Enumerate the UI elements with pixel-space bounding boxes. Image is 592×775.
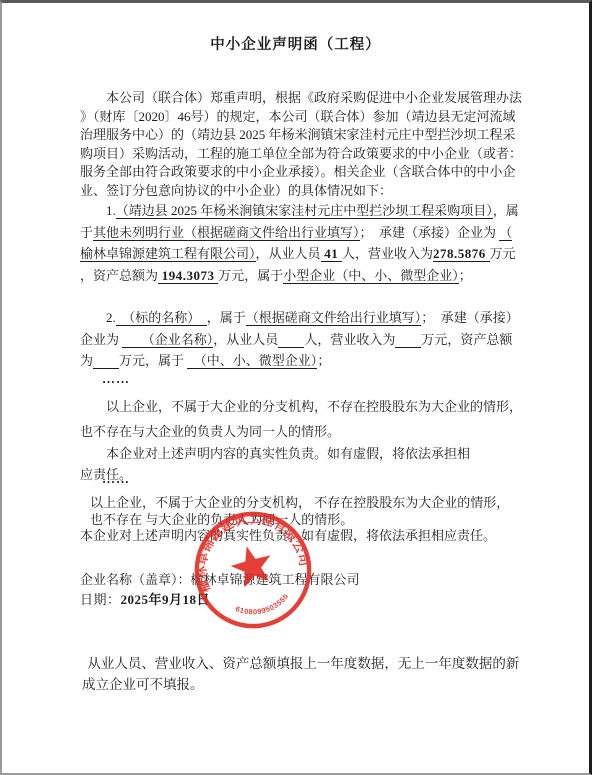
item2-number: 2. — [106, 310, 116, 325]
date-label: 日期： — [80, 592, 121, 607]
item2-text: ； — [317, 353, 330, 368]
responsibility-paragraph-1: 本企业对上述声明内容的真实性负责。如有虚假，将依法承担相应责任。 — [80, 443, 472, 485]
item1-text: 人，营业收入为 — [342, 246, 433, 261]
ellipsis-marker: …… — [102, 471, 130, 487]
item2-revenue-blank — [395, 332, 421, 348]
footer-note: 从业人员、营业收入、资产总额填报上一年度数据，无上一年度数据的新成立企业可不填报… — [82, 653, 527, 695]
item2-text: 人，营业收入为 — [304, 332, 395, 347]
item1-assets: 194.3073 — [158, 268, 218, 284]
item2-text: 万元，属于 — [119, 353, 187, 368]
item2-text: 万元，资产总额 — [421, 332, 512, 347]
item2-staff-blank — [278, 332, 304, 348]
item1-text: ； 承建（承接）企业为 — [360, 225, 500, 240]
item1-text: 万元，属于 — [218, 268, 283, 283]
item2-paragraph: 2. （标的名称） ，属于（根据磋商文件给出行业填写）； 承建（承接）企业为 （… — [80, 307, 522, 372]
company-name-line: 企业名称（盖章）：榆林卓锦源建筑工程有限公司 — [80, 569, 360, 588]
item2-industry-blank: （根据磋商文件给出行业填写） — [246, 310, 422, 326]
item1-paragraph: 1.（靖边县 2025 年杨米涧镇宋家洼村元庄中型拦沙坝工程采购项目），属于其他… — [80, 200, 522, 286]
company-name-label: 企业名称（盖章）： — [80, 572, 191, 587]
item1-staff-count: 41 — [321, 246, 343, 262]
date-line: 日期：2025年9月18日 — [80, 589, 210, 608]
page-title: 中小企业声明函（工程） — [2, 33, 589, 54]
item2-text: ，属于 — [207, 310, 246, 325]
item1-project-name: （靖边县 2025 年杨米涧镇宋家洼村元庄中型拦沙坝工程采购项目） — [116, 203, 493, 219]
item2-text: ，从业人员 — [213, 332, 278, 347]
declaration-paragraph-1: 以上企业，不属于大企业的分支机构，不存在控股股东为大企业的情形，也不存在与大企业… — [80, 394, 522, 444]
intro-paragraph: 本公司（联合体）郑重声明，根据《政府采购促进中小企业发展管理办法》（财库〔202… — [80, 89, 522, 200]
declaration-document-page: 中小企业声明函（工程） 本公司（联合体）郑重声明，根据《政府采购促进中小企业发展… — [0, 0, 592, 775]
item1-industry: 其他未列明行业（根据磋商文件给出行业填写） — [93, 225, 360, 241]
ellipsis-marker: …… — [102, 371, 130, 387]
date-value: 2025年9月18日 — [121, 592, 211, 607]
item2-target-blank: （标的名称） — [116, 310, 207, 326]
item1-number: 1. — [106, 203, 116, 218]
item1-revenue: 278.5876 — [433, 246, 490, 262]
seal-code-text: 6108099503555 — [232, 590, 293, 622]
item1-enterprise-size: 小型企业（中、小、微型企业） — [283, 268, 459, 284]
item1-text: ； — [459, 268, 472, 283]
item1-text: ，从业人员 — [256, 246, 321, 261]
item2-size-blank: （中、小、微型企业） — [187, 353, 317, 369]
item2-assets-blank — [93, 353, 119, 369]
company-name-value: 榆林卓锦源建筑工程有限公司 — [191, 572, 360, 587]
item2-text: 为 — [80, 353, 93, 368]
responsibility-line: 本企业对上述声明内容的真实性负责。如有虚假，将依法承担相应责任。 — [80, 525, 496, 544]
svg-text:6108099503555: 6108099503555 — [232, 590, 293, 622]
item2-company-blank: （企业名称） — [122, 332, 213, 348]
